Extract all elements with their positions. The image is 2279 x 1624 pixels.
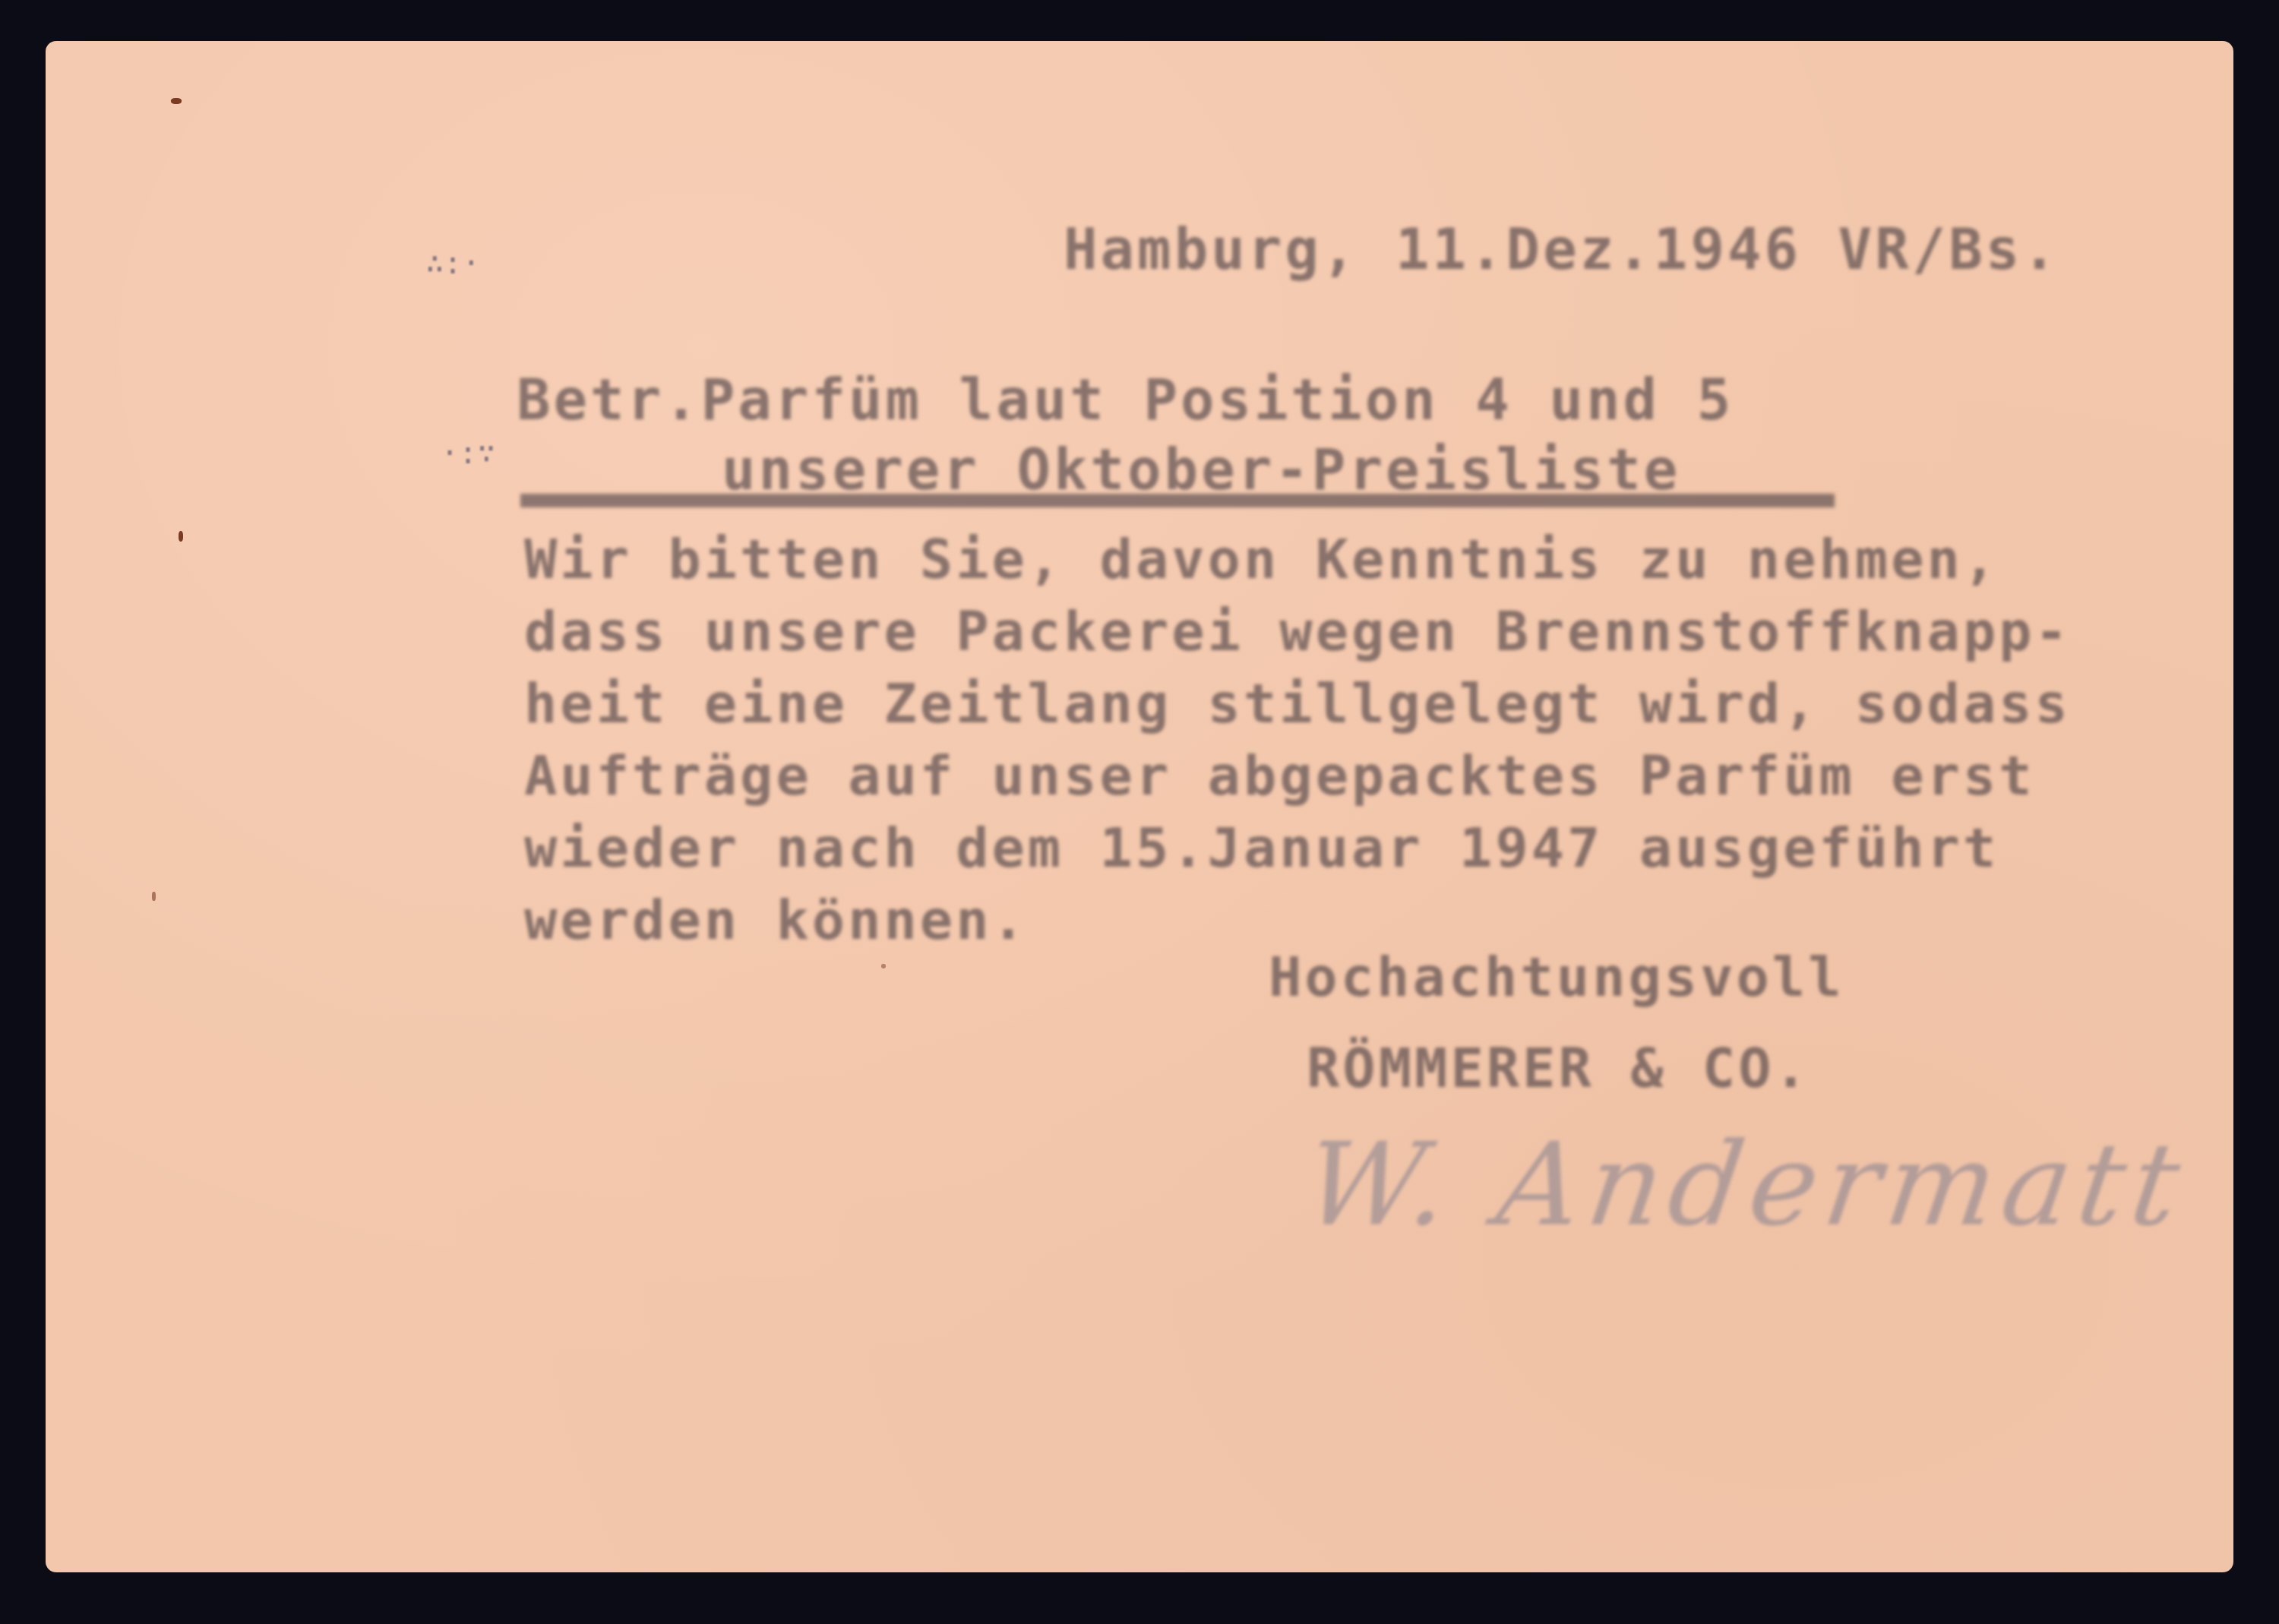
body-line: werden können.	[524, 888, 1028, 952]
body-line: dass unsere Packerei wegen Brennstoffkna…	[524, 599, 2071, 663]
company-name: RÖMMERER & CO.	[1307, 1036, 1810, 1100]
paper-speck	[179, 531, 183, 542]
subject-line-1: Betr.Parfüm laut Position 4 und 5	[517, 368, 1734, 433]
handwritten-signature: W. Andermatt	[1298, 1120, 2195, 1252]
paper-speck	[152, 892, 156, 901]
closing: Hochachtungsvoll	[1269, 945, 1844, 1009]
paper-speck	[881, 964, 886, 968]
date-line: Hamburg, 11.Dez.1946 VR/Bs.	[1064, 217, 2059, 283]
stamp-ink-fragment: ·:∵	[441, 436, 495, 471]
body-line: wieder nach dem 15.Januar 1947 ausgeführ…	[524, 816, 1999, 880]
body-line: Wir bitten Sie, davon Kenntnis zu nehmen…	[524, 527, 1999, 591]
subject-underline	[520, 494, 1835, 507]
stamp-ink-fragment: ∴:·	[425, 246, 480, 281]
body-line: Aufträge auf unser abgepacktes Parfüm er…	[524, 744, 2035, 807]
body-line: heit eine Zeitlang stillgelegt wird, sod…	[524, 671, 2071, 735]
paper-speck	[171, 98, 182, 104]
postcard: ∴:· ·:∵ Hamburg, 11.Dez.1946 VR/Bs. Betr…	[46, 41, 2233, 1572]
